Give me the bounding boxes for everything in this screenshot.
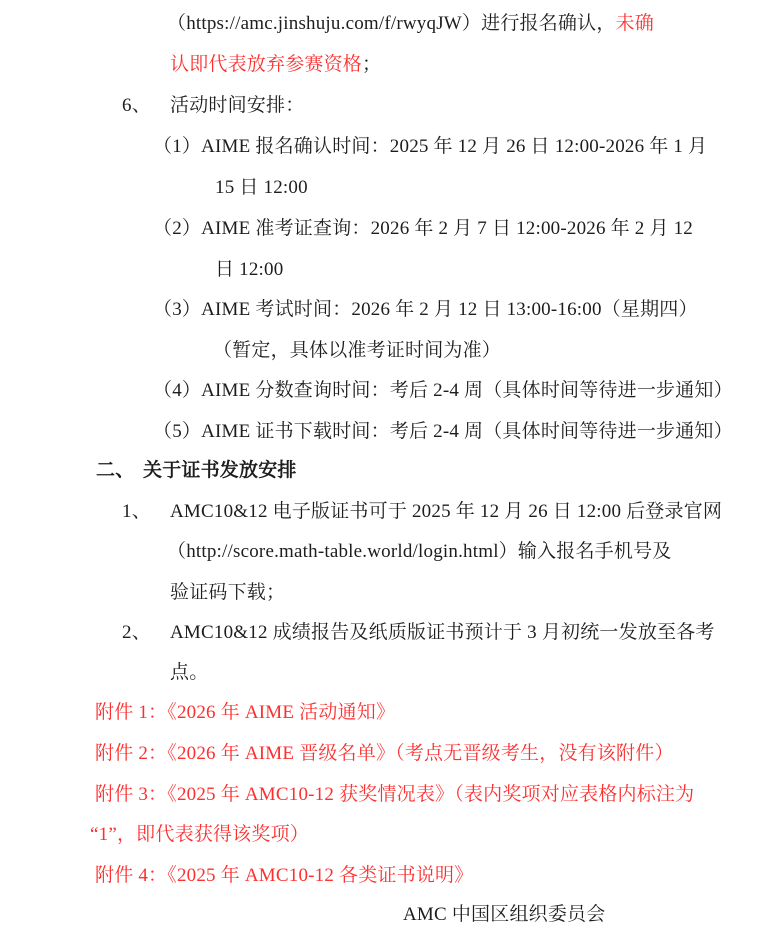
item-6-label: 活动时间安排： [170,95,304,116]
schedule-4-line: （4）AIME 分数查询时间：考后 2-4 周（具体时间等待进一步通知） [153,379,733,403]
cert-item-1-number: 1、 [122,500,170,524]
schedule-2-line1: （2）AIME 准考证查询：2026 年 2 月 7 日 12:00-2026 … [153,217,693,241]
cert-item-1-line1: 1、AMC10&12 电子版证书可于 2025 年 12 月 26 日 12:0… [122,500,722,524]
schedule-1-line1: （1）AIME 报名确认时间：2025 年 12 月 26 日 12:00-20… [153,135,707,159]
signature-line: AMC 中国区组织委员会 [403,903,605,927]
schedule-1-line2: 15 日 12:00 [215,176,308,200]
cert-item-1-line3: 验证码下载； [170,581,285,605]
section-2-heading: 二、关于证书发放安排 [96,459,297,483]
cert-item-1-line2: （http://score.math-table.world/login.htm… [167,540,671,564]
confirmation-warning-line: 认即代表放弃参赛资格； [170,53,381,77]
cert-item-2-line2: 点。 [170,661,208,685]
warning-semicolon: ； [362,54,381,75]
attachment-2-line: 附件 2：《2026 年 AIME 晋级名单》（考点无晋级考生，没有该附件） [95,742,674,766]
cert-item-2-number: 2、 [122,621,170,645]
confirmation-url-line: （https://amc.jinshuju.com/f/rwyqJW）进行报名确… [167,12,654,36]
schedule-2-line2: 日 12:00 [215,258,283,282]
document-page: （https://amc.jinshuju.com/f/rwyqJW）进行报名确… [0,0,768,935]
schedule-3-line2: （暂定，具体以准考证时间为准） [213,339,501,363]
section-2-number: 二、 [96,459,143,483]
confirmation-url-text: （https://amc.jinshuju.com/f/rwyqJW）进行报名确… [167,13,616,34]
attachment-3-line2: “1”，即代表获得该奖项） [90,823,309,847]
warning-text-end: 认即代表放弃参赛资格 [170,54,362,75]
attachment-1-line: 附件 1：《2026 年 AIME 活动通知》 [95,701,395,725]
item-6-schedule-heading: 6、活动时间安排： [122,94,304,118]
item-6-number: 6、 [122,94,170,118]
warning-text-start: 未确 [616,13,654,34]
score-site-url-text: （http://score.math-table.world/login.htm… [167,541,671,562]
schedule-3-line1: （3）AIME 考试时间：2026 年 2 月 12 日 13:00-16:00… [153,298,698,322]
section-2-title: 关于证书发放安排 [143,460,297,481]
attachment-3-line1: 附件 3：《2025 年 AMC10-12 获奖情况表》（表内奖项对应表格内标注… [95,783,694,807]
attachment-4-line: 附件 4：《2025 年 AMC10-12 各类证书说明》 [95,864,473,888]
schedule-5-line: （5）AIME 证书下载时间：考后 2-4 周（具体时间等待进一步通知） [153,420,733,444]
cert-item-2-line1: 2、AMC10&12 成绩报告及纸质版证书预计于 3 月初统一发放至各考 [122,621,715,645]
